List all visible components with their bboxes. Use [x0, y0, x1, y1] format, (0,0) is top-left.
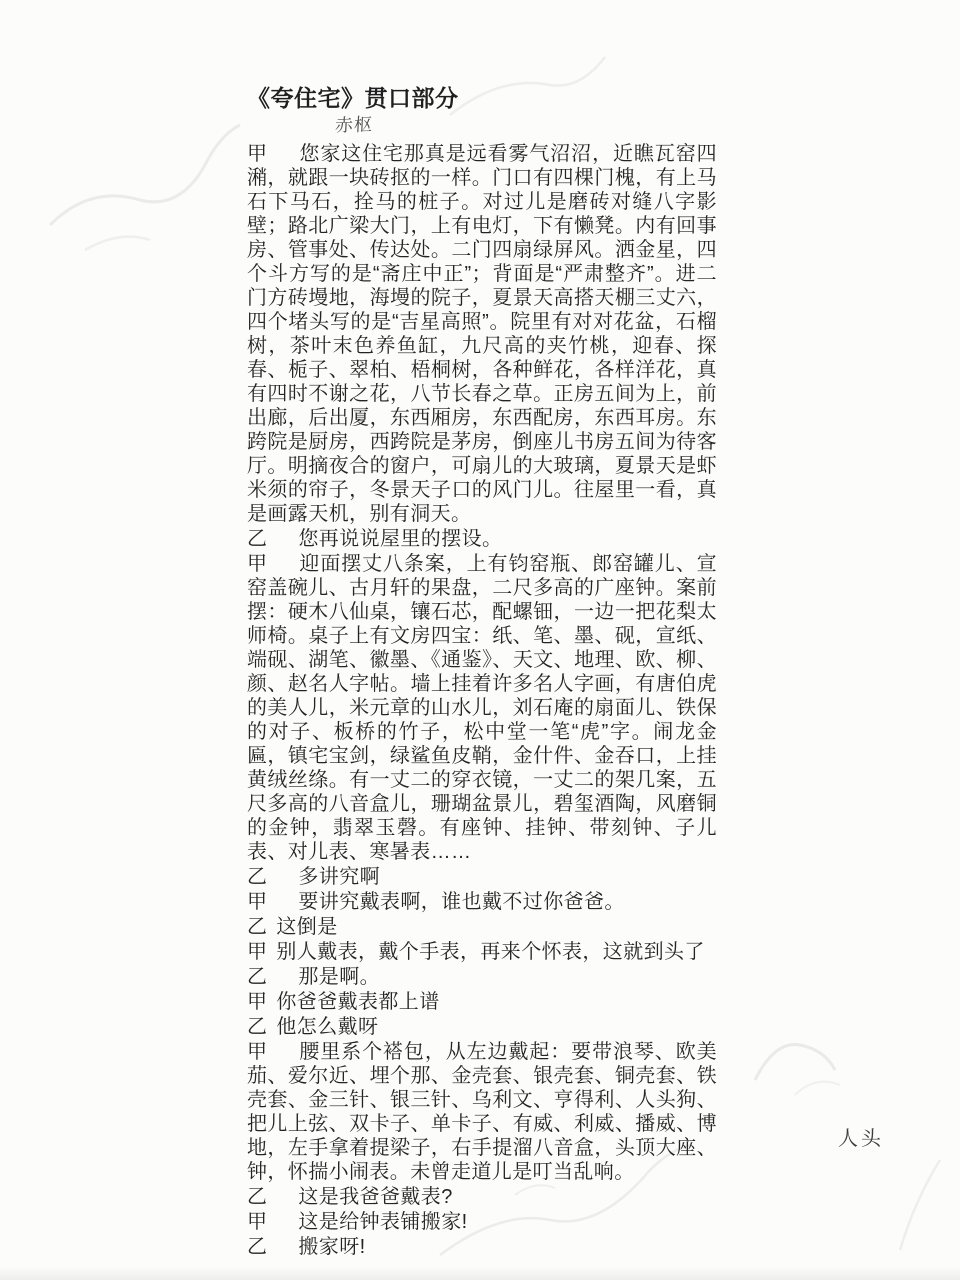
dialogue-line: 甲这是给钟表铺搬家!	[247, 1210, 717, 1234]
speaker-label: 乙	[247, 966, 267, 988]
dialogue-line: 甲迎面摆丈八条案，上有钧窑瓶、郎窑罐儿、宣窑盖碗儿、古月轩的果盘，二尺多高的广座…	[247, 552, 717, 864]
scan-bottom-edge	[0, 1266, 960, 1280]
dialogue-line: 乙这倒是	[247, 915, 717, 939]
speaker-gap	[267, 882, 298, 883]
dialogue-line: 甲要讲究戴表啊，谁也戴不过你爸爸。	[247, 890, 717, 914]
dialogue-line: 乙这是我爸爸戴表?	[247, 1185, 717, 1209]
handwritten-margin-note: 人头	[838, 1122, 884, 1151]
dialogue-line: 甲别人戴表，戴个手表，再来个怀表，这就到头了	[247, 940, 717, 964]
speaker-gap	[267, 544, 298, 545]
speaker-label: 甲	[247, 941, 267, 963]
dialogue-text: 这是我爸爸戴表?	[298, 1186, 452, 1208]
dialogue-text: 这是给钟表铺搬家!	[298, 1211, 467, 1233]
speaker-label: 乙	[247, 1186, 267, 1208]
speaker-label: 乙	[247, 1016, 267, 1038]
dialogue-line: 甲你爸爸戴表都上谱	[247, 990, 717, 1014]
speaker-gap	[267, 907, 298, 908]
dialogue-line: 乙您再说说屋里的摆设。	[247, 527, 717, 551]
speaker-label: 乙	[247, 528, 267, 550]
speaker-label: 甲	[247, 891, 267, 913]
dialogue-text: 您家这住宅那真是远看雾气沼沼，近瞧瓦窑四潲，就跟一块砖抠的一样。门口有四棵门槐，…	[247, 143, 717, 525]
dialogue-text: 这倒是	[276, 916, 337, 938]
dialogue-line: 乙搬家呀!	[247, 1235, 717, 1259]
speaker-gap	[267, 1227, 298, 1228]
watermark-smudge	[30, 95, 250, 265]
dialogue-text: 他怎么戴呀	[276, 1016, 378, 1038]
dialogue-text: 多讲究啊	[298, 866, 380, 888]
dialogue-line: 甲腰里系个褡包，从左边戴起：要带浪琴、欧美茄、爱尔近、埋个那、金壳套、银壳套、铜…	[247, 1040, 717, 1184]
dialogue-line: 乙那是啊。	[247, 965, 717, 989]
speaker-gap	[267, 982, 298, 983]
speaker-gap	[268, 159, 299, 160]
dialogue-line: 甲您家这住宅那真是远看雾气沼沼，近瞧瓦窑四潲，就跟一块砖抠的一样。门口有四棵门槐…	[247, 142, 717, 526]
speaker-gap	[268, 569, 299, 570]
dialogue-text: 迎面摆丈八条案，上有钧窑瓶、郎窑罐儿、宣窑盖碗儿、古月轩的果盘，二尺多高的广座钟…	[247, 553, 717, 863]
speaker-label: 甲	[247, 1211, 267, 1233]
dialogue-line: 乙他怎么戴呀	[247, 1015, 717, 1039]
dialogue-text: 要讲究戴表啊，谁也戴不过你爸爸。	[298, 891, 624, 913]
speaker-label: 乙	[247, 1236, 267, 1258]
handwritten-title-note: 赤枢	[334, 110, 373, 137]
dialogue-text: 您再说说屋里的摆设。	[298, 528, 502, 550]
speaker-label: 甲	[247, 143, 268, 165]
script-page: 《夸住宅》贯口部分 赤枢 甲您家这住宅那真是远看雾气沼沼，近瞧瓦窑四潲，就跟一块…	[0, 0, 960, 1280]
speaker-label: 甲	[247, 991, 267, 1013]
dialogue-text: 别人戴表，戴个手表，再来个怀表，这就到头了	[276, 941, 704, 963]
dialogue-text: 你爸爸戴表都上谱	[276, 991, 439, 1013]
speaker-gap	[267, 1252, 298, 1253]
speaker-gap	[267, 1202, 298, 1203]
text-column: 《夸住宅》贯口部分 赤枢 甲您家这住宅那真是远看雾气沼沼，近瞧瓦窑四潲，就跟一块…	[247, 84, 717, 1260]
dialogue-text: 搬家呀!	[298, 1236, 365, 1258]
speaker-label: 乙	[247, 916, 267, 938]
watermark-smudge	[880, 1150, 950, 1260]
dialogue-text: 腰里系个褡包，从左边戴起：要带浪琴、欧美茄、爱尔近、埋个那、金壳套、银壳套、铜壳…	[247, 1041, 717, 1183]
page-title: 《夸住宅》贯口部分	[247, 84, 717, 112]
dialogue-list: 甲您家这住宅那真是远看雾气沼沼，近瞧瓦窑四潲，就跟一块砖抠的一样。门口有四棵门槐…	[247, 142, 717, 1259]
dialogue-line: 乙多讲究啊	[247, 865, 717, 889]
speaker-label: 甲	[247, 1041, 268, 1063]
speaker-label: 乙	[247, 866, 267, 888]
watermark-smudge	[740, 1015, 850, 1105]
speaker-label: 甲	[247, 553, 268, 575]
speaker-gap	[268, 1057, 299, 1058]
dialogue-text: 那是啊。	[298, 966, 380, 988]
